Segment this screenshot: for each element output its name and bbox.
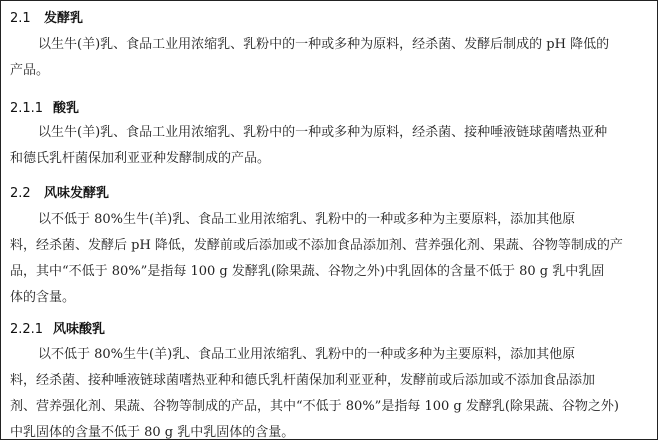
section-title: 风味酸乳 [53, 322, 105, 337]
section-body-2-1: 以生牛(羊)乳、食品工业用浓缩乳、乳粉中的一种或多种为原料，经杀菌、发酵后制成的… [10, 32, 650, 84]
text-line: 中乳固体的含量不低于 80 g 乳中乳固体的含量。 [10, 420, 650, 440]
text-line: 以生牛(羊)乳、食品工业用浓缩乳、乳粉中的一种或多种为原料，经杀菌、发酵后制成的… [10, 32, 650, 58]
text-line: 体的含量。 [10, 285, 650, 311]
section-title: 酸乳 [53, 101, 79, 116]
document-frame: 2.1发酵乳 以生牛(羊)乳、食品工业用浓缩乳、乳粉中的一种或多种为原料，经杀菌… [0, 0, 658, 440]
text-line: 料，经杀菌、接种唾液链球菌嗜热亚种和德氏乳杆菌保加利亚亚种，发酵前或后添加或不添… [10, 368, 650, 394]
text-line: 料，经杀菌、发酵后 pH 降低，发酵前或后添加或不添加食品添加剂、营养强化剂、果… [10, 233, 650, 259]
text-line: 剂、营养强化剂、果蔬、谷物等制成的产品，其中“不低于 80%”是指每 100 g… [10, 394, 650, 420]
section-number: 2.1.1 [10, 101, 53, 116]
text-line: 以生牛(羊)乳、食品工业用浓缩乳、乳粉中的一种或多种为原料，经杀菌、接种唾液链球… [10, 120, 650, 146]
section-title: 风味发酵乳 [44, 186, 109, 201]
text-line: 和德氏乳杆菌保加利亚亚种发酵制成的产品。 [10, 146, 650, 172]
section-heading-2-2-1: 2.2.1风味酸乳 [10, 318, 105, 337]
section-title: 发酵乳 [44, 11, 83, 26]
text-line: 产品。 [10, 58, 650, 84]
section-number: 2.2 [10, 186, 44, 201]
section-heading-2-1-1: 2.1.1酸乳 [10, 97, 79, 116]
section-number: 2.2.1 [10, 322, 53, 337]
section-heading-2-2: 2.2风味发酵乳 [10, 182, 109, 201]
section-heading-2-1: 2.1发酵乳 [10, 7, 83, 26]
text-line: 品，其中“不低于 80%”是指每 100 g 发酵乳(除果蔬、谷物之外)中乳固体… [10, 259, 650, 285]
section-body-2-2: 以不低于 80%生牛(羊)乳、食品工业用浓缩乳、乳粉中的一种或多种为主要原料，添… [10, 207, 650, 311]
section-number: 2.1 [10, 11, 44, 26]
section-body-2-2-1: 以不低于 80%生牛(羊)乳、食品工业用浓缩乳、乳粉中的一种或多种为主要原料，添… [10, 342, 650, 440]
text-line: 以不低于 80%生牛(羊)乳、食品工业用浓缩乳、乳粉中的一种或多种为主要原料，添… [10, 207, 650, 233]
section-body-2-1-1: 以生牛(羊)乳、食品工业用浓缩乳、乳粉中的一种或多种为原料，经杀菌、接种唾液链球… [10, 120, 650, 172]
text-line: 以不低于 80%生牛(羊)乳、食品工业用浓缩乳、乳粉中的一种或多种为主要原料，添… [10, 342, 650, 368]
